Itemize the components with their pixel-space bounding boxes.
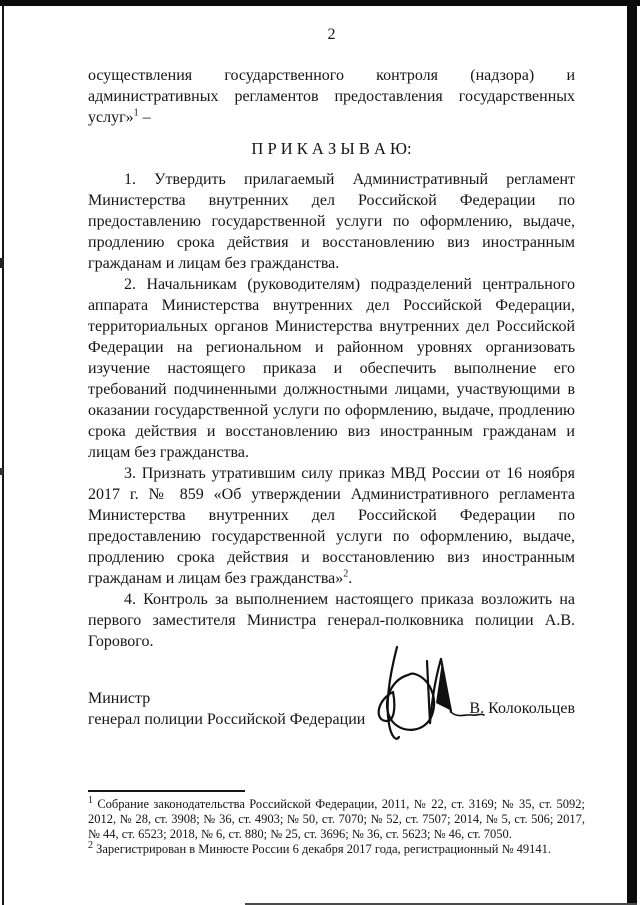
intro-paragraph: осуществления государственного контроля … xyxy=(88,65,575,128)
intro-text: осуществления государственного контроля … xyxy=(88,67,575,126)
footnote-1-text: Собрание законодательства Российской Фед… xyxy=(88,797,585,841)
footnote-separator-rule xyxy=(88,790,245,792)
footnotes-section: 1 Собрание законодательства Российской Ф… xyxy=(88,790,585,857)
footnote-1-marker: 1 xyxy=(88,795,93,806)
signatory-title-line1: Министр xyxy=(88,688,365,709)
order-item-1: 1. Утвердить прилагаемый Административны… xyxy=(88,169,575,274)
document-page: 2 осуществления государственного контрол… xyxy=(0,0,640,905)
order-item-4: 4. Контроль за выполнением настоящего пр… xyxy=(88,589,575,652)
footnote-1: 1 Собрание законодательства Российской Ф… xyxy=(88,797,585,842)
footnote-2-text: Зарегистрирован в Минюсте России 6 декаб… xyxy=(96,842,551,856)
order-body: 1. Утвердить прилагаемый Административны… xyxy=(88,169,575,652)
footnote-2: 2 Зарегистрирован в Минюсте России 6 дек… xyxy=(88,842,585,857)
signature-block: Министр генерал полиции Российской Федер… xyxy=(88,680,575,790)
order-heading: П Р И К А З Ы В А Ю: xyxy=(88,138,575,159)
signatory-title: Министр генерал полиции Российской Федер… xyxy=(88,688,365,730)
footnote-2-marker: 2 xyxy=(88,840,93,851)
order-item-2: 2. Начальникам (руководителям) подраздел… xyxy=(88,274,575,463)
signatory-name: В. Колокольцев xyxy=(469,700,575,718)
page-content: 2 осуществления государственного контрол… xyxy=(88,0,575,790)
scan-artifact-right-edge xyxy=(627,0,637,905)
order-item-3-suffix: . xyxy=(348,570,352,587)
scan-artifact-mark xyxy=(0,258,4,268)
order-item-3: 3. Признать утратившим силу приказ МВД Р… xyxy=(88,463,575,589)
signatory-title-line2: генерал полиции Российской Федерации xyxy=(88,709,365,730)
page-number: 2 xyxy=(88,24,575,45)
intro-suffix: – xyxy=(139,109,151,126)
order-item-3-text: 3. Признать утратившим силу приказ МВД Р… xyxy=(88,465,575,587)
scan-artifact-left-edge xyxy=(2,5,4,905)
signature-scribble-icon xyxy=(368,644,486,746)
scan-artifact-mark xyxy=(0,468,3,475)
